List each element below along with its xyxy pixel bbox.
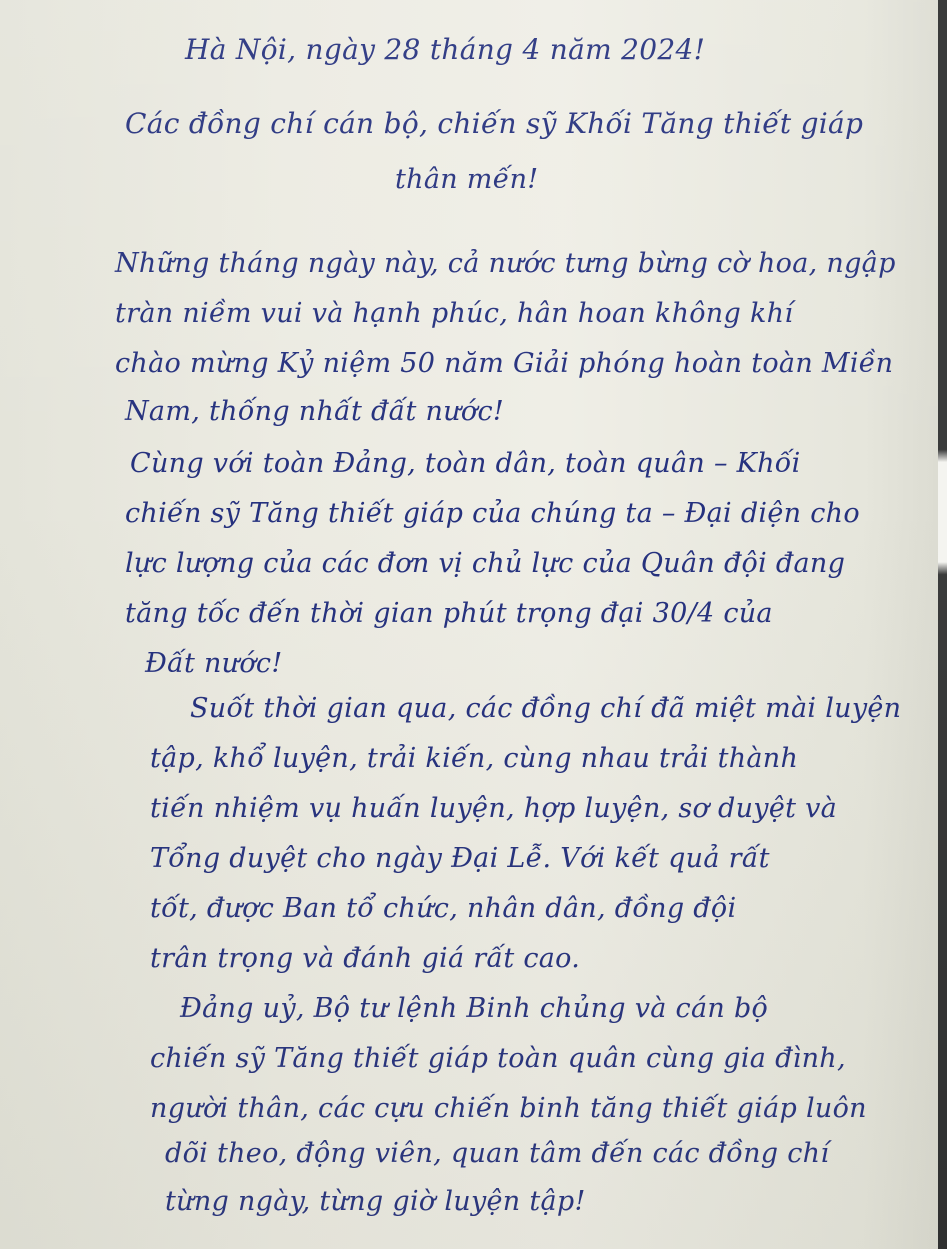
letter-body-line: trân trọng và đánh giá rất cao. <box>150 945 580 972</box>
letter-paper: Hà Nội, ngày 28 tháng 4 năm 2024! Các đồ… <box>0 0 938 1249</box>
letter-body-line: dõi theo, động viên, quan tâm đến các đồ… <box>165 1140 829 1167</box>
letter-body-line: chào mừng Kỷ niệm 50 năm Giải phóng hoàn… <box>115 350 893 377</box>
letter-body-line: Đất nước! <box>145 650 282 677</box>
letter-body-line: chiến sỹ Tăng thiết giáp của chúng ta – … <box>125 500 860 527</box>
letter-body-line: tăng tốc đến thời gian phút trọng đại 30… <box>125 600 773 627</box>
letter-salutation: Các đồng chí cán bộ, chiến sỹ Khối Tăng … <box>125 110 863 138</box>
letter-body-line: Tổng duyệt cho ngày Đại Lễ. Với kết quả … <box>150 845 770 872</box>
letter-body-line: tràn niềm vui và hạnh phúc, hân hoan khô… <box>115 300 793 327</box>
letter-date: Hà Nội, ngày 28 tháng 4 năm 2024! <box>185 36 705 64</box>
letter-body-line: người thân, các cựu chiến binh tăng thiế… <box>150 1095 867 1122</box>
letter-body-line: Nam, thống nhất đất nước! <box>125 398 504 425</box>
letter-body-line: Đảng uỷ, Bộ tư lệnh Binh chủng và cán bộ <box>180 995 768 1022</box>
letter-body-line: Cùng với toàn Đảng, toàn dân, toàn quân … <box>130 450 801 477</box>
letter-body-line: Suốt thời gian qua, các đồng chí đã miệt… <box>190 695 901 722</box>
letter-body-line: chiến sỹ Tăng thiết giáp toàn quân cùng … <box>150 1045 846 1072</box>
letter-body-line: tốt, được Ban tổ chức, nhân dân, đồng độ… <box>150 895 736 922</box>
letter-body-line: từng ngày, từng giờ luyện tập! <box>165 1188 586 1215</box>
letter-salutation: thân mến! <box>395 166 538 193</box>
letter-body-line: Những tháng ngày này, cả nước tưng bừng … <box>115 250 896 277</box>
letter-body-line: tập, khổ luyện, trải kiến, cùng nhau trả… <box>150 745 798 772</box>
letter-body-line: tiến nhiệm vụ huấn luyện, hợp luyện, sơ … <box>150 795 837 822</box>
background-edge <box>938 0 947 1249</box>
letter-body-line: lực lượng của các đơn vị chủ lực của Quâ… <box>125 550 845 577</box>
